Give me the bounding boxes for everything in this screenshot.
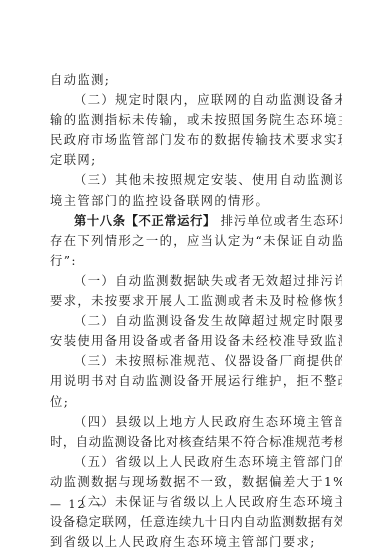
text-line: （一）自动监测数据缺失或者无效超过排污许可证规定时限 — [50, 271, 342, 291]
text-line: （三）未按照标准规范、仪器设备厂商提供的运维手册或使 — [50, 351, 342, 371]
text-line: （四）县级以上地方人民政府生态环境主管部门比对核查 — [50, 412, 342, 432]
page-number: — 12 — — [50, 498, 105, 511]
text-line: 位; — [50, 392, 342, 412]
article-heading-line: 第十八条【不正常运行】 排污单位或者生态环境服务机构 — [50, 211, 342, 231]
article-title: 第十八条【不正常运行】 — [74, 213, 216, 228]
text-line: （二）自动监测设备发生故障超过规定时限要求，未按要求 — [50, 311, 342, 331]
text-line: （五）省级以上人民政府生态环境主管部门的监控设备的自 — [50, 452, 342, 472]
text-line: 定联网; — [50, 150, 342, 170]
text-line: 自动监测; — [50, 70, 342, 90]
text-line: 要求，未按要求开展人工监测或者未及时检修恢复正常运行; — [50, 291, 342, 311]
text-line: 安装使用备用设备或者备用设备未经校准导致监测数据失真; — [50, 331, 342, 351]
text-line: 到省级以上人民政府生态环境主管部门要求; — [50, 532, 342, 551]
text-line: 用说明书对自动监测设备开展运行维护，拒不整改或整改不到 — [50, 371, 342, 391]
article-intro: 排污单位或者生态环境服务机构 — [221, 214, 342, 228]
text-line: 存在下列情形之一的，应当认定为“未保证自动监测设备正常运 — [50, 231, 342, 251]
text-line: （三）其他未按照规定安装、使用自动监测设备并与生态环 — [50, 170, 342, 190]
text-line: 设备稳定联网，任意连续九十日内自动监测数据有效传输率未达 — [50, 512, 342, 532]
text-line: 民政府市场监管部门发布的数据传输技术要求实现有效数据稳 — [50, 130, 342, 150]
text-line: 输的监测指标未传输，或未按照国务院生态环境主管部门和省人 — [50, 110, 342, 130]
text-line: 境主管部门的监控设备联网的情形。 — [50, 191, 342, 211]
text-line: （二）规定时限内，应联网的自动监测设备未联网，或应传 — [50, 90, 342, 110]
text-line: 行”: — [50, 251, 342, 271]
text-line: 时，自动监测设备比对核查结果不符合标准规范考核指标要求; — [50, 432, 342, 452]
document-page: 自动监测; （二）规定时限内，应联网的自动监测设备未联网，或应传 输的监测指标未… — [50, 70, 342, 551]
text-line: 动监测数据与现场数据不一致，数据偏差大于1%; — [50, 472, 342, 492]
